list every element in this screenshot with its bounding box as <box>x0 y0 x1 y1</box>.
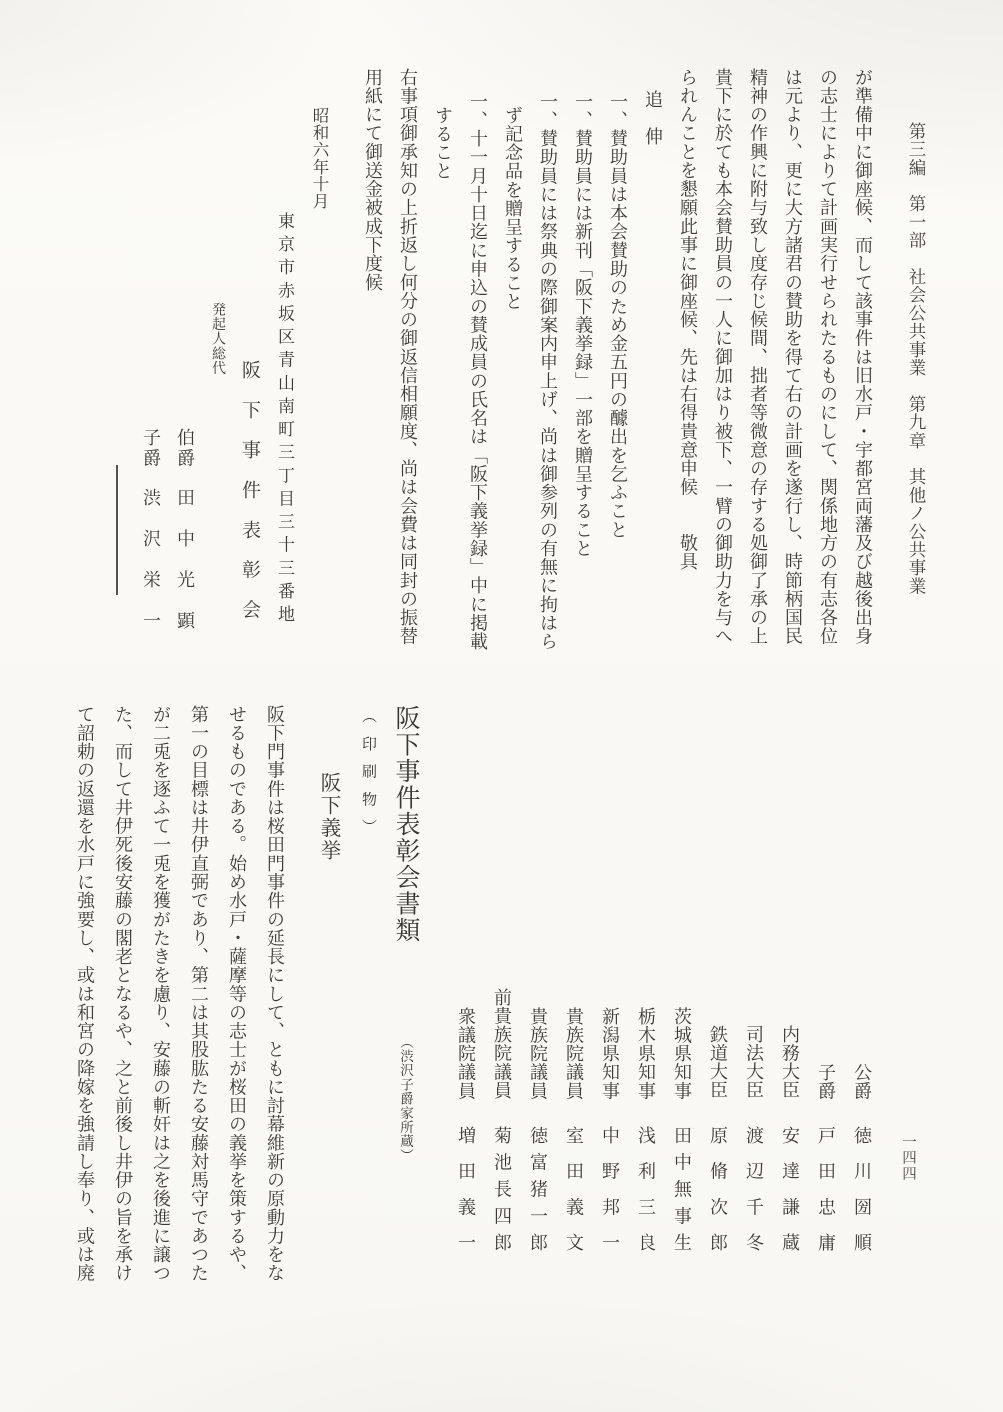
supporter-entry: 新潟県知事 中野邦一 <box>592 700 628 1252</box>
supporter-title: 栃木県知事 <box>628 986 664 1100</box>
supporter-title: 茨城県知事 <box>664 986 700 1100</box>
sender-address: 東京市赤坂区青山南町三丁目三十三番地 <box>267 60 302 680</box>
letter-list-item: 一、賛助員には新刊「阪下義挙録」一部を贈呈すること <box>565 60 600 680</box>
supporter-entry: 司法大臣 渡辺千冬 <box>736 700 772 1252</box>
paragraph-line: て詔勅の返還を水戸に強要し、或は和宮の降嫁を強請し奉り、或は廃 <box>66 700 104 1400</box>
letter-list-continuation: ず記念品を贈呈すること <box>495 60 530 680</box>
supporter-title: 鉄道大臣 <box>700 986 736 1100</box>
promoter-name: 田中光顕 <box>168 488 202 630</box>
promoter-title: 子爵 <box>134 428 168 472</box>
supporter-entry: 貴族院議員 室田義文 <box>556 700 592 1252</box>
promoter-title: 伯爵 <box>168 428 202 472</box>
supporter-name: 中野邦一 <box>592 1126 628 1252</box>
supporter-entry: 衆議院議員 増田義一 <box>448 700 484 1252</box>
supporter-name: 徳川圀順 <box>844 1126 880 1252</box>
letter-line-closing: られんことを懇願此事に御座候、先は右得貴意申候 敬具 <box>670 60 705 680</box>
running-head: 第三編 第一部 社会公共事業 第九章 其他ノ公共事業 <box>906 60 928 680</box>
supporter-entry: 鉄道大臣 原脩次郎 <box>700 700 736 1252</box>
document-section: 公爵 徳川圀順 子爵 戸田忠庸 内務大臣 安達謙蔵 司法大臣 渡辺千冬 鉄道大臣… <box>66 700 880 1400</box>
document-title: 阪下事件表彰会書類 <box>392 705 419 944</box>
supporter-name: 戸田忠庸 <box>808 1126 844 1252</box>
letter-line: 貴下に於ても本会賛助員の一人に御加はり被下、一臂の御助力を与へ <box>705 60 740 680</box>
paragraph-line: が二兎を逐ふて一兎を獲がたきを慮り、安藤の斬奸は之を後進に譲つ <box>142 700 180 1400</box>
supporter-title: 新潟県知事 <box>592 986 628 1100</box>
letter-line: が準備中に御座候、而して該事件は旧水戸・宇都宮両藩及び越後出身 <box>845 60 880 680</box>
supporter-name: 室田義文 <box>556 1126 592 1252</box>
paragraph-line: た、而して井伊死後安藤の閣老となるや、之と前後し井伊の旨を承け <box>104 700 142 1400</box>
supporter-name: 増田義一 <box>448 1126 484 1252</box>
letter-date: 昭和六年十月 <box>302 60 337 680</box>
document-source: （渋沢子爵家所蔵） <box>398 1035 413 1163</box>
letter-line: の志士によりて計画実行せられたるものにして、関係地方の有志各位 <box>810 60 845 680</box>
section-subtitle: 阪下義挙 <box>314 700 342 1400</box>
letter-section: 第三編 第一部 社会公共事業 第九章 其他ノ公共事業 が準備中に御座候、而して該… <box>102 60 928 680</box>
supporter-entry: 栃木県知事 浅利三良 <box>628 700 664 1252</box>
supporter-name: 渡辺千冬 <box>736 1126 772 1252</box>
organization-name: 阪下事件表彰会 <box>232 60 267 680</box>
promoter-name: 渋沢栄一 <box>134 488 168 630</box>
letter-list-item: 一、十一月十日迄に申込の賛成員の氏名は「阪下義挙録」中に掲載 <box>460 60 495 680</box>
letter-line: は元より、更に大方諸君の賛助を得て右の計画を遂行し、時節柄国民 <box>775 60 810 680</box>
supporter-title: 内務大臣 <box>772 986 808 1100</box>
supporter-entry: 内務大臣 安達謙蔵 <box>772 700 808 1252</box>
postscript-heading: 追 伸 <box>635 60 670 680</box>
supporter-title: 司法大臣 <box>736 986 772 1100</box>
letter-list-continuation: すること <box>425 60 460 680</box>
supporter-name: 浅利三良 <box>628 1126 664 1252</box>
paragraph-line: 阪下門事件は桜田門事件の延長にして、ともに討幕維新の原動力をな <box>256 700 294 1400</box>
book-page: 第三編 第一部 社会公共事業 第九章 其他ノ公共事業 が準備中に御座候、而して該… <box>0 0 1003 1412</box>
supporter-name: 菊池長四郎 <box>484 1126 520 1252</box>
document-title-column: 阪下事件表彰会書類 （渋沢子爵家所蔵） <box>388 700 422 1400</box>
letter-line: 精神の作興に附与致し度存じ候間、拙者等微意の存する処御了承の上 <box>740 60 775 680</box>
letter-line: 用紙にて御送金被成下度候 <box>355 60 390 680</box>
page-number: 一四四 <box>898 1134 919 1183</box>
print-note: （印刷物） <box>356 700 380 1400</box>
supporter-name: 徳富猪一郎 <box>520 1126 556 1252</box>
paragraph-line: せるものである。始め水戸・薩摩等の志士が桜田の義挙を策するや、 <box>218 700 256 1400</box>
promoter-entry: 伯爵 田中光顕 <box>168 60 202 632</box>
supporter-entry: 公爵 徳川圀順 <box>844 700 880 1252</box>
supporter-entry: 前貴族院議員 菊池長四郎 <box>484 700 520 1252</box>
supporter-entry: 茨城県知事 田中無事生 <box>664 700 700 1252</box>
letter-line: 右事項御承知の上折返し何分の御返信相願度、尚は会費は同封の振替 <box>390 60 425 680</box>
supporter-name: 原脩次郎 <box>700 1126 736 1252</box>
supporter-title: 公爵 <box>844 986 880 1100</box>
continuation-dash <box>116 465 118 595</box>
letter-list-item: 一、賛助員には祭典の際御案内申上げ、尚は御参列の有無に拘はら <box>530 60 565 680</box>
supporter-title: 貴族院議員 <box>520 986 556 1100</box>
supporter-name: 安達謙蔵 <box>772 1126 808 1252</box>
supporter-entry: 貴族院議員 徳富猪一郎 <box>520 700 556 1252</box>
supporter-name: 田中無事生 <box>664 1126 700 1252</box>
supporter-entry: 子爵 戸田忠庸 <box>808 700 844 1252</box>
supporter-title: 貴族院議員 <box>556 986 592 1100</box>
promoter-entry: 子爵 渋沢栄一 <box>134 60 168 632</box>
supporter-title: 前貴族院議員 <box>484 986 520 1100</box>
continuation-rule-column <box>116 60 118 680</box>
supporter-title: 子爵 <box>808 986 844 1100</box>
paragraph-line: 第一の目標は井伊直弼であり、第二は其股肱たる安藤対馬守であつた <box>180 700 218 1400</box>
promoters-label: 発起人総代 <box>202 60 232 680</box>
supporter-title: 衆議院議員 <box>448 986 484 1100</box>
letter-list-item: 一、賛助員は本会賛助のため金五円の醵出を乞ふこと <box>600 60 635 680</box>
